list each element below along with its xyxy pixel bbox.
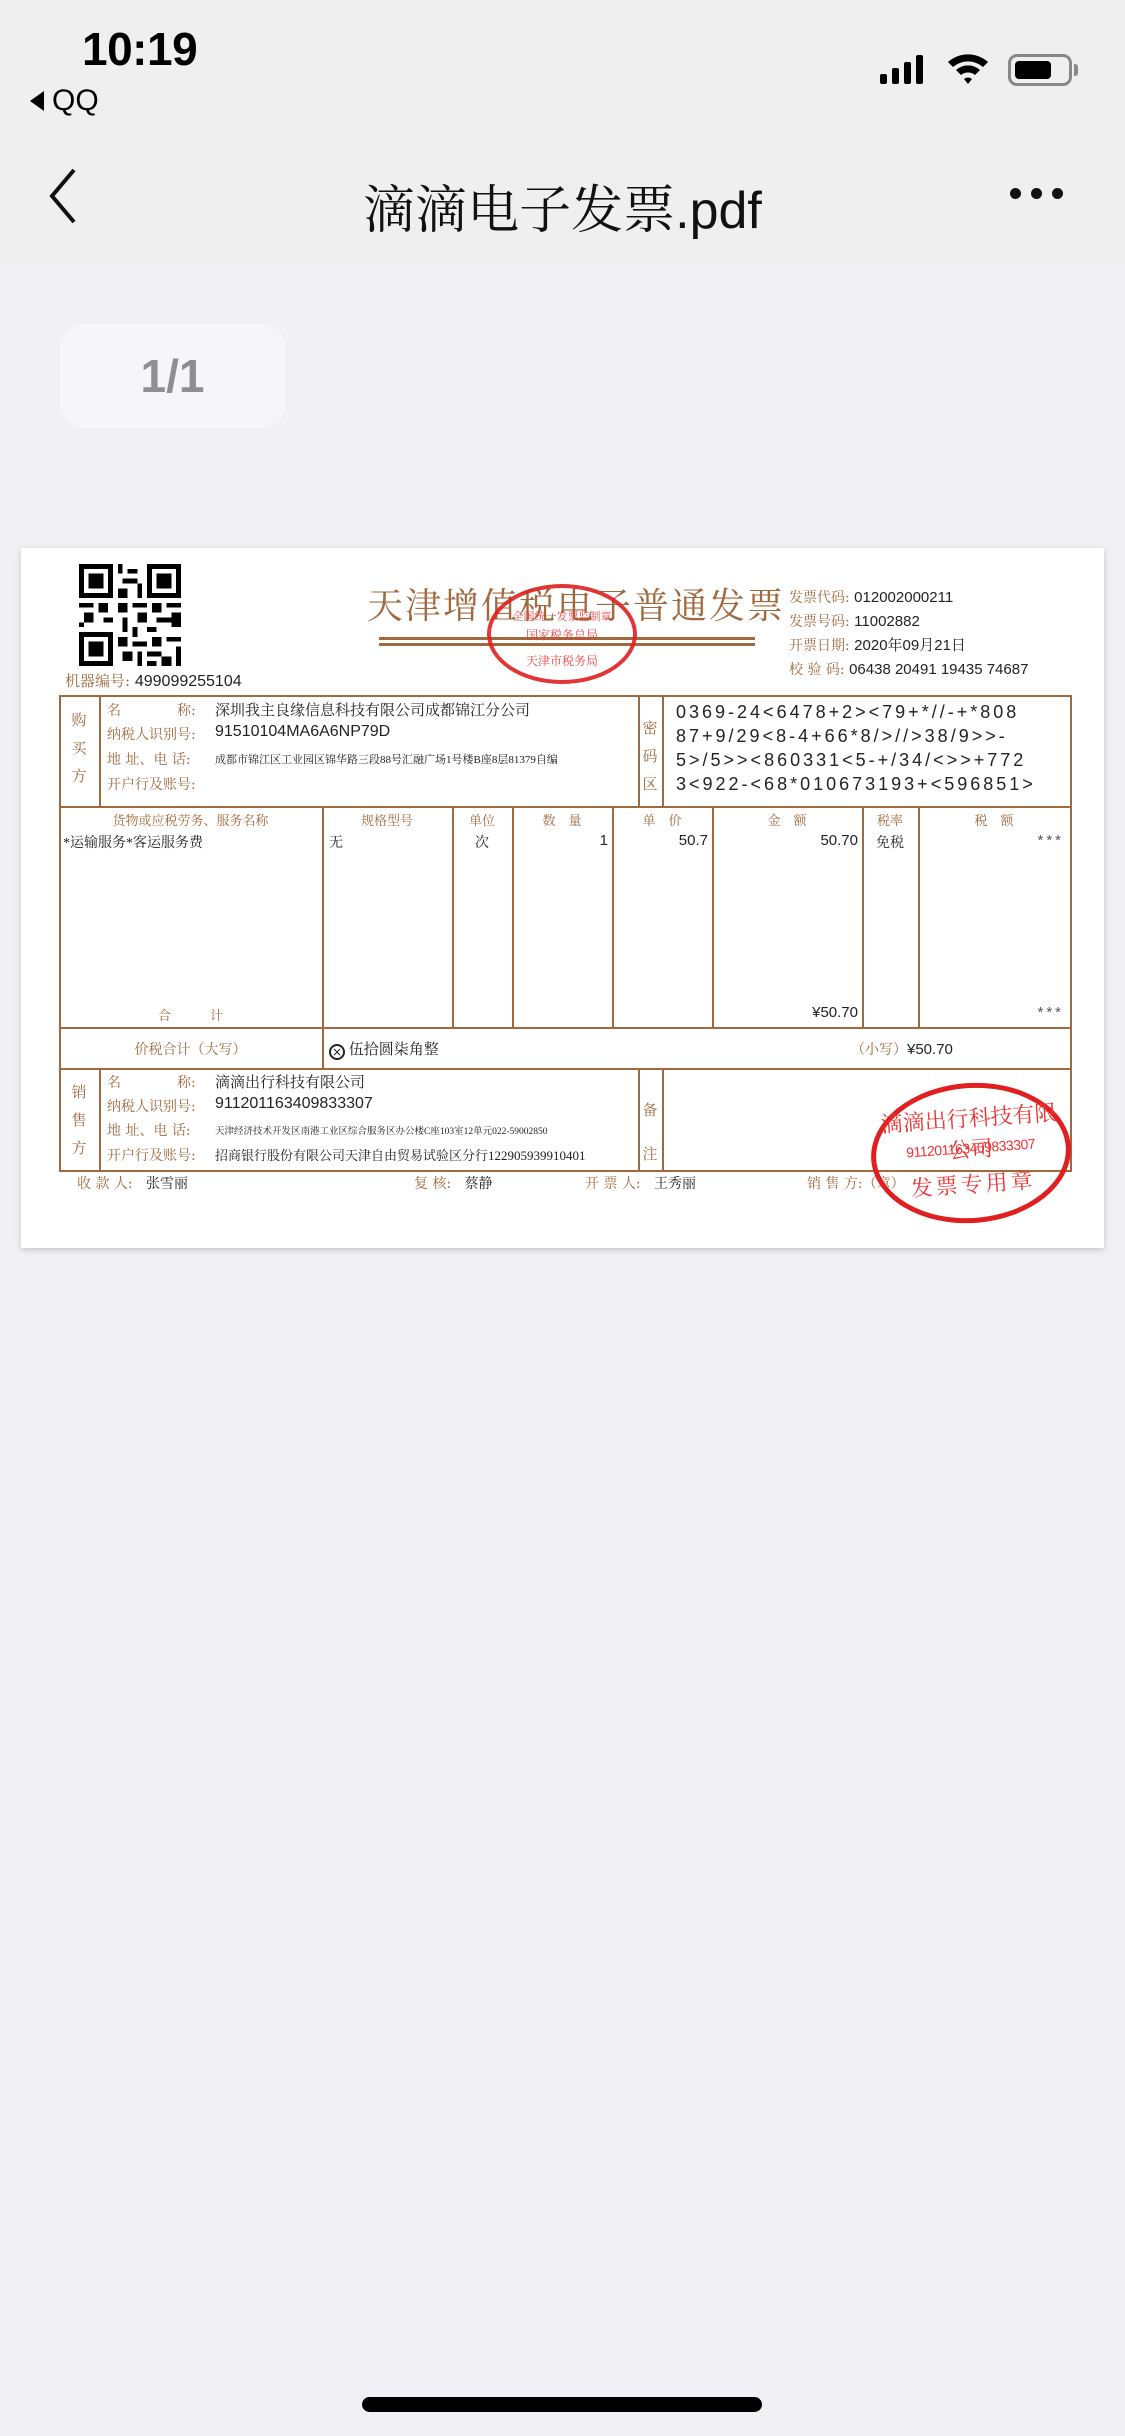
battery-cap	[1074, 64, 1078, 76]
cipher-area-label: 密码区	[640, 714, 660, 798]
col-header-name: 货物或应税劳务、服务名称	[59, 810, 322, 829]
seller-tax-id-label: 纳税人识别号:	[107, 1096, 196, 1116]
grand-total-label: 价税合计（大写）	[59, 1039, 322, 1059]
signal-icon	[880, 54, 923, 84]
wifi-icon	[946, 50, 990, 86]
machine-number: 机器编号: 499099255104	[65, 670, 242, 691]
buyer-address: 成都市锦江区工业园区锦华路三段88号汇融广场1号楼B座8层81379自编	[215, 751, 558, 767]
col-header-spec: 规格型号	[322, 810, 452, 829]
buyer-address-label: 地 址、电 话:	[107, 749, 191, 769]
seller-invoice-seal: 滴滴出行科技有限公司 911201163409833307 发票专用章	[866, 1076, 1075, 1230]
item-name: *运输服务*客运服务费	[63, 832, 203, 852]
back-triangle-icon	[30, 91, 44, 111]
reviewer: 复 核: 蔡静	[414, 1173, 493, 1193]
item-amount: 50.70	[712, 832, 858, 849]
cross-circle-icon: ×	[329, 1044, 345, 1060]
status-time: 10:19	[82, 22, 197, 76]
payee: 收 款 人: 张雪丽	[77, 1173, 188, 1193]
col-header-price: 单 价	[612, 810, 712, 829]
item-spec: 无	[329, 832, 343, 852]
subtotal-amount: ¥50.70	[712, 1004, 858, 1021]
back-to-app-link[interactable]: QQ	[30, 84, 99, 118]
col-header-unit: 单位	[452, 810, 512, 829]
buyer-tax-id: 91510104MA6A6NP79D	[215, 723, 390, 741]
grand-total-lower: （小写）¥50.70	[851, 1039, 953, 1059]
tax-bureau-seal: 全国统一发票监制章 国家税务总局 天津市税务局	[487, 584, 637, 684]
col-header-tax: 税 额	[918, 810, 1070, 829]
seller-bank-label: 开户行及账号:	[107, 1145, 196, 1165]
invoice-date: 开票日期: 2020年09月21日	[789, 634, 1028, 658]
buyer-side-label: 购买方	[69, 706, 89, 790]
item-unit: 次	[452, 832, 512, 852]
cipher-text: 0369-24<6478+2><79+*//-+*808 87+9/29<8-4…	[676, 700, 1036, 796]
invoice-meta: 发票代码: 012002000211 发票号码: 11002882 开票日期: …	[789, 586, 1028, 682]
seller-tax-id: 911201163409833307	[215, 1095, 373, 1113]
grand-total-upper: × 伍拾圆柒角整	[329, 1038, 439, 1060]
back-app-label: QQ	[52, 84, 99, 118]
item-price: 50.7	[612, 832, 708, 849]
subtotal-label: 合 计	[59, 1005, 322, 1024]
buyer-tax-id-label: 纳税人识别号:	[107, 724, 196, 744]
buyer-name: 深圳我主良缘信息科技有限公司成都锦江分公司	[215, 699, 530, 720]
seller-address: 天津经济技术开发区南港工业区综合服务区办公楼C座103室12单元022-5900…	[215, 1123, 548, 1137]
invoice-code: 发票代码: 012002000211	[789, 586, 1028, 610]
status-bar: 10:19 QQ	[0, 0, 1125, 130]
more-horizontal-icon[interactable]	[1010, 188, 1063, 199]
issuer: 开 票 人: 王秀丽	[585, 1173, 696, 1193]
document-title: 滴滴电子发票.pdf	[0, 168, 1125, 243]
col-header-qty: 数 量	[512, 810, 612, 829]
item-tax: ***	[918, 832, 1064, 849]
invoice-page: 机器编号: 499099255104 天津增值税电子普通发票 全国统一发票监制章…	[21, 548, 1104, 1248]
seller-side-label: 销售方	[69, 1078, 89, 1162]
invoice-number: 发票号码: 11002882	[789, 610, 1028, 634]
battery-icon	[1008, 54, 1072, 86]
seller-address-label: 地 址、电 话:	[107, 1120, 191, 1140]
item-qty: 1	[512, 832, 608, 849]
page-indicator: 1/1	[60, 324, 285, 428]
seller-bank: 招商银行股份有限公司天津自由贸易试验区分行122905939910401	[215, 1145, 586, 1164]
nav-bar: 滴滴电子发票.pdf	[0, 130, 1125, 264]
remarks-label: 备注	[640, 1088, 660, 1176]
seller-name-label: 名 称:	[107, 1072, 196, 1092]
col-header-amount: 金 额	[712, 810, 862, 829]
home-indicator[interactable]	[362, 2397, 762, 2412]
col-header-rate: 税率	[862, 810, 918, 829]
seller-name: 滴滴出行科技有限公司	[215, 1071, 365, 1092]
subtotal-tax: ***	[918, 1004, 1064, 1021]
buyer-bank-label: 开户行及账号:	[107, 774, 196, 794]
check-code: 校 验 码: 06438 20491 19435 74687	[789, 658, 1028, 682]
item-rate: 免税	[862, 832, 918, 852]
buyer-name-label: 名 称:	[107, 700, 196, 720]
qr-code	[79, 564, 181, 666]
